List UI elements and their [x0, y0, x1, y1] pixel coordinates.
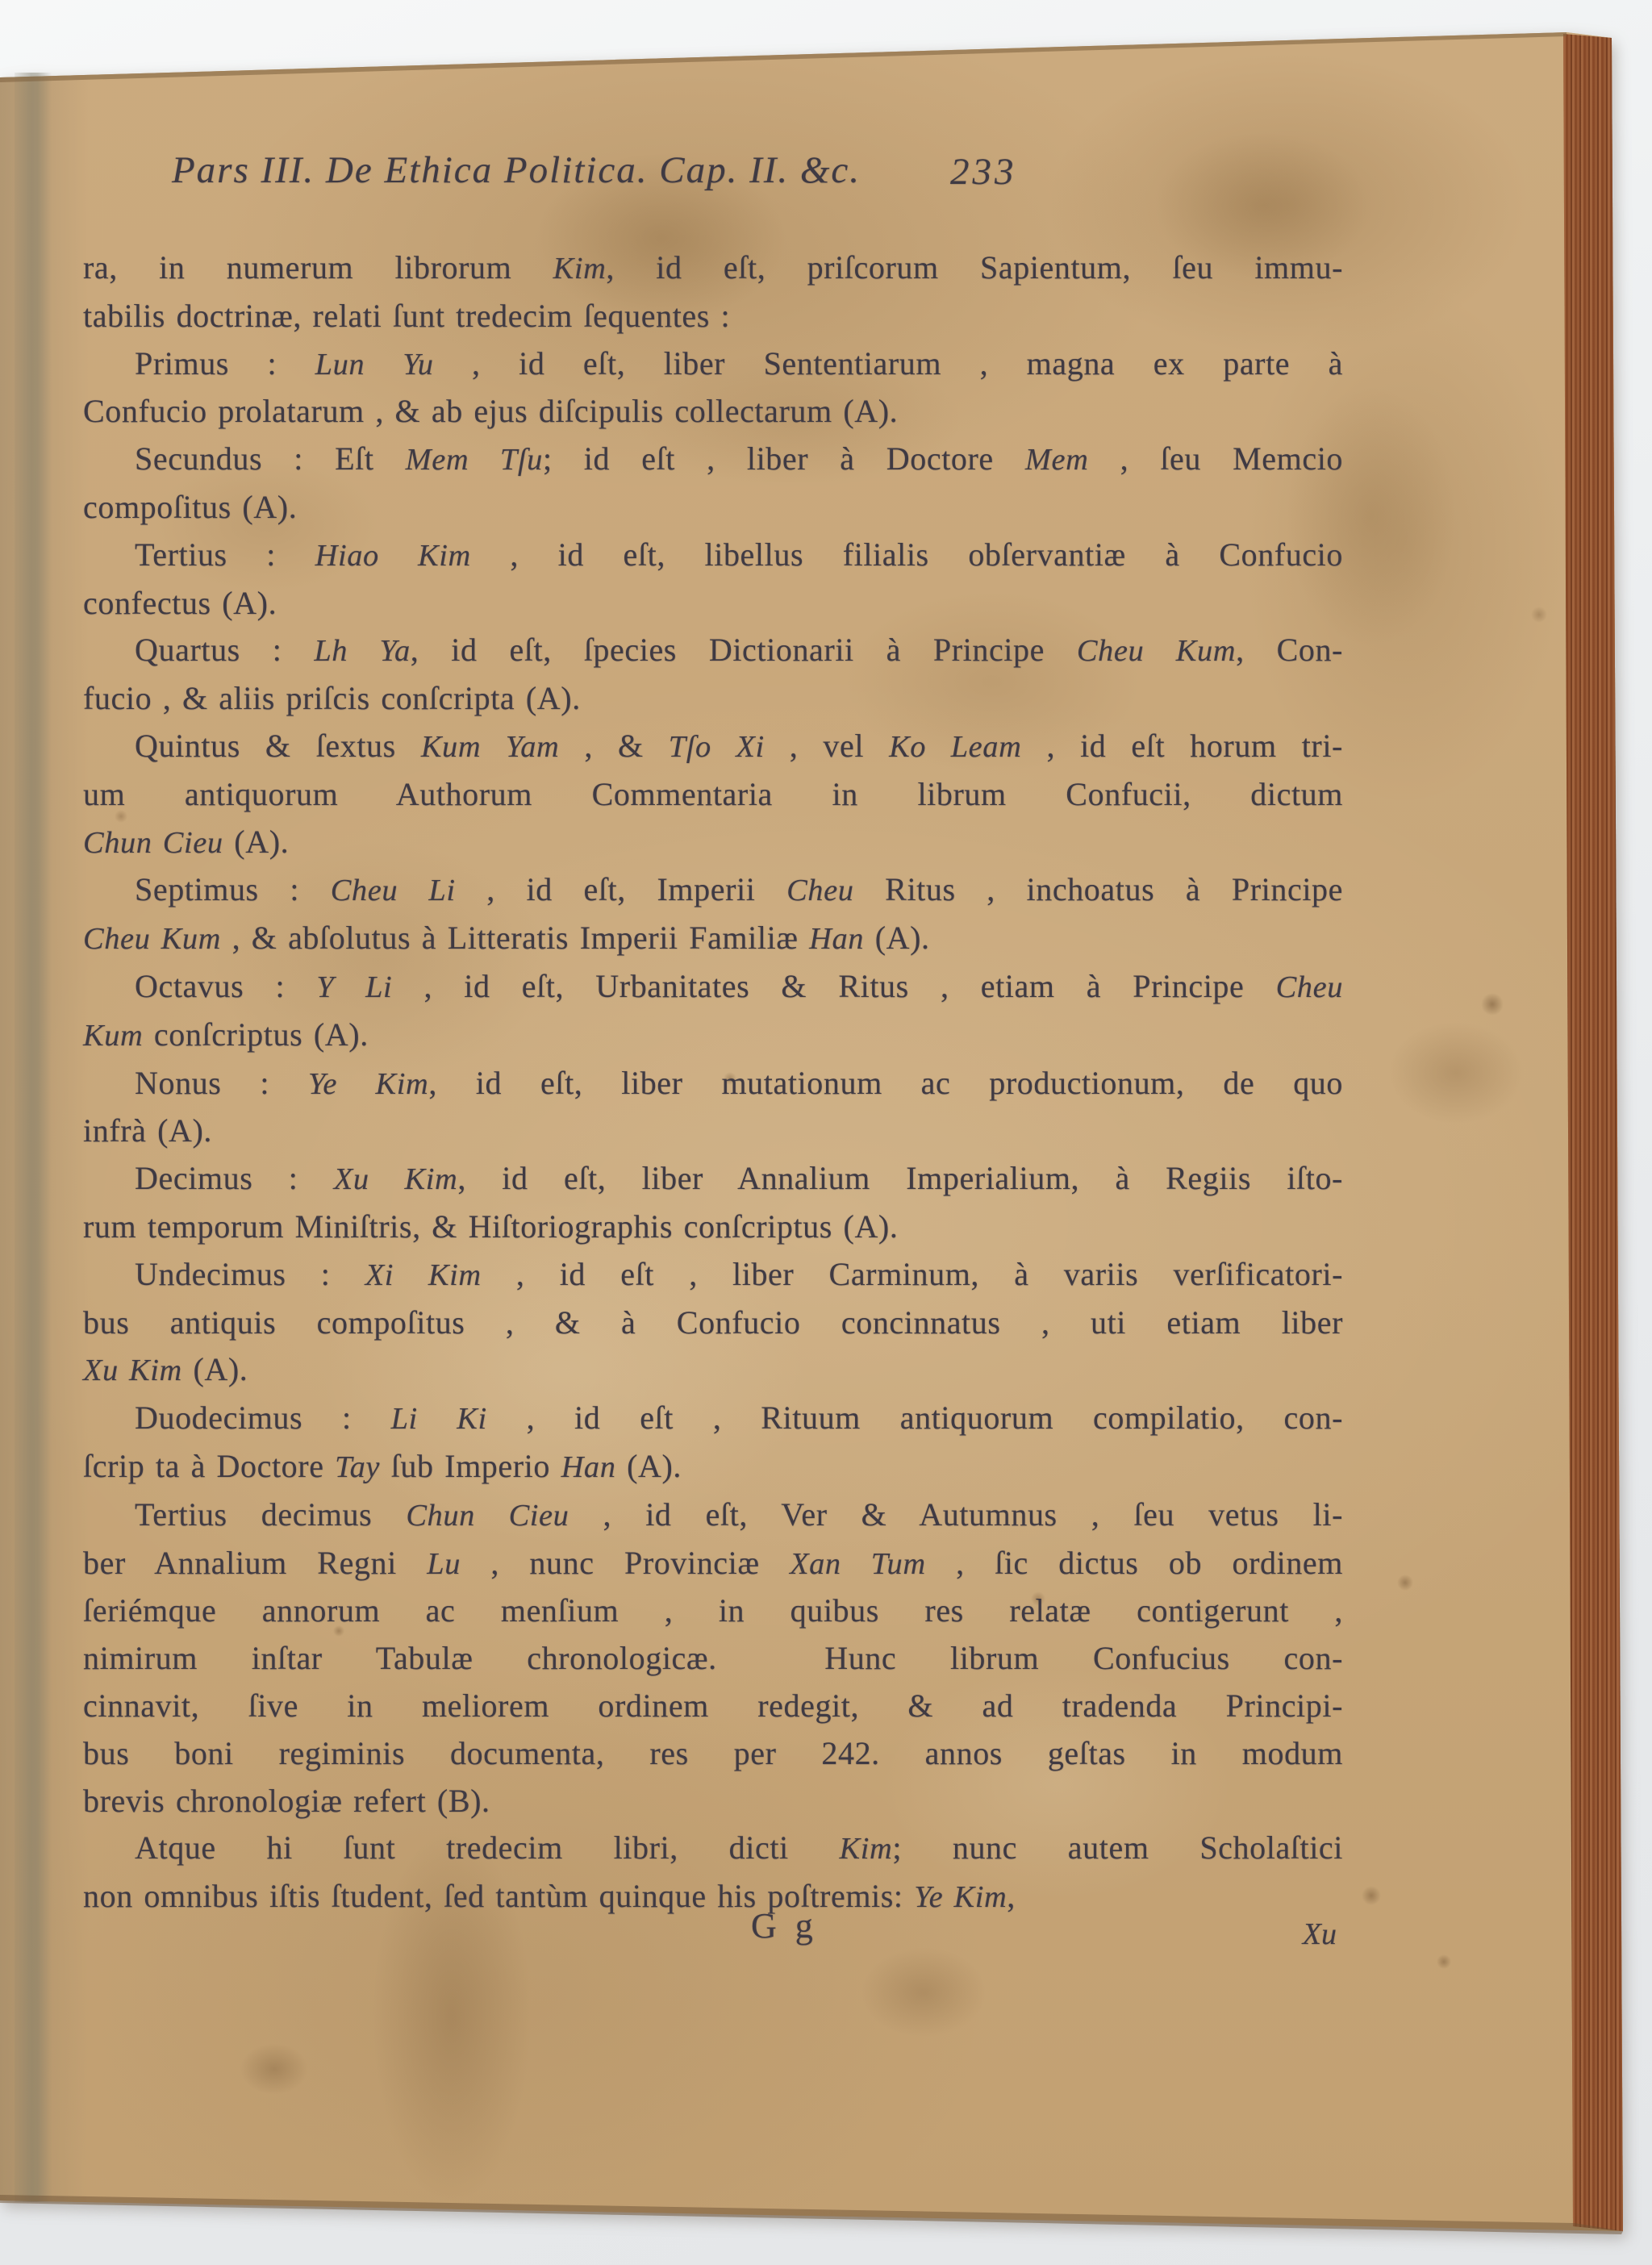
text-line: Atque hi ſunt tredecim libri, dicti Kim;… [83, 1825, 1343, 1873]
text-run: rum temporum Miniſtris, & Hiſtoriographi… [83, 1208, 898, 1245]
text-run: (A). [223, 824, 290, 860]
text-line: brevis chronologiæ refert (B). [83, 1778, 1343, 1825]
text-run-italic: Mem Tſu [406, 443, 543, 477]
text-run: fucio , & aliis priſcis conſcripta (A). [83, 680, 581, 716]
text-run: Atque hi ſunt tredecim libri, dicti [135, 1829, 840, 1866]
text-run: ſub Imperio [380, 1448, 561, 1484]
text-run: , vel [765, 728, 889, 764]
text-run-italic: Kim [840, 1832, 893, 1866]
text-line: Primus : Lun Yu , id eſt, liber Sententi… [83, 340, 1343, 389]
text-run: Septimus : [135, 871, 331, 907]
text-run: , id eſt , liber Carminum, à variis verſ… [482, 1256, 1343, 1292]
text-run: ; nunc autem Scholaſtici [892, 1829, 1343, 1866]
text-run: ber Annalium Regni [83, 1545, 427, 1581]
text-line: Duodecimus : Li Ki , id eſt , Rituum ant… [83, 1395, 1343, 1443]
text-line: cinnavit, ſive in meliorem ordinem redeg… [83, 1683, 1343, 1730]
text-run: ; id eſt , liber à Doctore [543, 440, 1025, 477]
page-number: 233 [950, 150, 1017, 194]
text-run: , Con- [1236, 632, 1343, 668]
text-line: Quartus : Lh Ya, id eſt, ſpecies Diction… [83, 627, 1343, 675]
text-run-italic: Kum [83, 1019, 143, 1053]
text-run: , nunc Provinciæ [461, 1545, 790, 1581]
text-run-italic: Xu Kim [334, 1162, 458, 1196]
text-line: nimirum inſtar Tabulæ chronologicæ. Hunc… [83, 1635, 1343, 1683]
text-run: Decimus : [135, 1160, 334, 1196]
text-run: Primus : [135, 345, 315, 382]
text-run: , & [559, 728, 668, 764]
text-line: Confucio prolatarum , & ab ejus diſcipul… [83, 388, 1343, 436]
text-run: nimirum inſtar Tabulæ chronologicæ. Hunc… [83, 1640, 1343, 1676]
text-run-italic: Lu [427, 1547, 461, 1581]
text-run: , id eſt horum tri- [1021, 728, 1343, 764]
book-page: Pars III. De Ethica Politica. Cap. II. &… [0, 0, 1652, 2265]
text-run: ra, in numerum librorum [83, 249, 553, 286]
page-body-text: ra, in numerum librorum Kim, id eſt, pri… [83, 244, 1343, 1921]
text-run-italic: Tſo Xi [669, 730, 765, 764]
text-run: confectus (A). [83, 585, 277, 621]
text-run: compoſitus (A). [83, 489, 297, 525]
text-run: , ſeu Memcio [1088, 440, 1343, 477]
text-run: , id eſt, libellus filialis obſervantiæ … [471, 536, 1343, 573]
text-run: Nonus : [135, 1065, 308, 1101]
text-run: , id eſt, liber Annalium Imperialium, à … [457, 1160, 1343, 1196]
text-line: Tertius decimus Chun Cieu , id eſt, Ver … [83, 1491, 1343, 1540]
text-run: Confucio prolatarum , & ab ejus diſcipul… [83, 393, 898, 429]
text-line: compoſitus (A). [83, 484, 1343, 532]
text-run-italic: Han [561, 1450, 616, 1484]
text-run: (A). [182, 1351, 248, 1387]
text-run-italic: Cheu Li [331, 874, 456, 907]
scanner-background: { "document": { "kind": "early-modern pr… [0, 0, 1652, 2265]
text-run-italic: Ye Kim [308, 1067, 428, 1101]
text-line: tabilis doctrinæ, relati ſunt tredecim ſ… [83, 293, 1343, 340]
text-run: tabilis doctrinæ, relati ſunt tredecim ſ… [83, 298, 730, 334]
text-run: infrà (A). [83, 1112, 212, 1149]
text-run-italic: Xi Kim [365, 1258, 482, 1292]
text-run: , id eſt, ſpecies Dictionarii à Principe [411, 632, 1077, 668]
text-line: ſeriémque annorum ac menſium , in quibus… [83, 1587, 1343, 1635]
text-line: confectus (A). [83, 580, 1343, 628]
running-header: Pars III. De Ethica Politica. Cap. II. &… [133, 148, 899, 192]
text-line: Decimus : Xu Kim, id eſt, liber Annalium… [83, 1155, 1343, 1203]
text-run-italic: Cheu Kum [1077, 634, 1236, 668]
text-run: , & abſolutus à Litteratis Imperii Famil… [221, 920, 809, 956]
text-run: , id eſt, liber Sententiarum , magna ex … [434, 345, 1343, 382]
text-run: , id eſt, priſcorum Sapientum, ſeu immu- [606, 249, 1343, 286]
text-run: , id eſt , Rituum antiquorum compilatio,… [487, 1399, 1343, 1436]
text-run-italic: Lun Yu [315, 348, 434, 382]
text-line: Nonus : Ye Kim, id eſt, liber mutationum… [83, 1060, 1343, 1108]
text-run-italic: Han [809, 922, 864, 956]
text-run: Octavus : [135, 968, 316, 1004]
text-run-italic: Chun Cieu [83, 826, 223, 860]
text-run: um antiquorum Authorum Commentaria in li… [83, 776, 1343, 812]
text-run-italic: Tay [335, 1450, 380, 1484]
text-run: ſcrip ta à Doctore [83, 1448, 335, 1484]
text-run: cinnavit, ſive in meliorem ordinem redeg… [83, 1687, 1343, 1724]
text-run: bus boni regiminis documenta, res per 24… [83, 1735, 1343, 1771]
page-footer: G g Xu [83, 1905, 1343, 1953]
text-run: Ritus , inchoatus à Principe [854, 871, 1343, 907]
text-run: , id eſt, liber mutationum ac production… [428, 1065, 1343, 1101]
text-run-italic: Lh Ya [314, 634, 410, 668]
text-run: Duodecimus : [135, 1399, 391, 1436]
text-run: (A). [616, 1448, 682, 1484]
text-line: Cheu Kum , & abſolutus à Litteratis Impe… [83, 915, 1343, 963]
text-run-italic: Xu Kim [83, 1354, 182, 1387]
text-run: brevis chronologiæ refert (B). [83, 1783, 490, 1819]
text-line: ſcrip ta à Doctore Tay ſub Imperio Han (… [83, 1443, 1343, 1491]
text-run-italic: Xan Tum [790, 1547, 926, 1581]
text-run: (A). [864, 920, 930, 956]
text-run-italic: Y Li [316, 970, 392, 1004]
text-run-italic: Cheu Kum [83, 922, 221, 956]
text-line: Octavus : Y Li , id eſt, Urbanitates & R… [83, 963, 1343, 1012]
text-line: Xu Kim (A). [83, 1346, 1343, 1395]
text-line: Kum conſcriptus (A). [83, 1012, 1343, 1060]
text-run: Quintus & ſextus [135, 728, 421, 764]
text-run: , id eſt, Imperii [456, 871, 786, 907]
text-run: Undecimus : [135, 1256, 365, 1292]
text-line: Tertius : Hiao Kim , id eſt, libellus fi… [83, 532, 1343, 580]
text-line: Quintus & ſextus Kum Yam , & Tſo Xi , ve… [83, 723, 1343, 771]
signature-mark: G g [751, 1905, 818, 1946]
text-run-italic: Mem [1025, 443, 1089, 477]
text-run-italic: Ko Leam [889, 730, 1021, 764]
text-line: um antiquorum Authorum Commentaria in li… [83, 771, 1343, 819]
text-line: Undecimus : Xi Kim , id eſt , liber Carm… [83, 1251, 1343, 1299]
text-line: ber Annalium Regni Lu , nunc Provinciæ X… [83, 1540, 1343, 1588]
text-line: bus boni regiminis documenta, res per 24… [83, 1730, 1343, 1778]
text-run-italic: Cheu [1276, 970, 1343, 1004]
text-line: Chun Cieu (A). [83, 819, 1343, 867]
text-line: bus antiquis compoſitus , & à Confucio c… [83, 1299, 1343, 1347]
text-run: , id eſt, Ver & Autumnus , ſeu vetus li- [569, 1496, 1343, 1533]
text-run: Secundus : Eſt [135, 440, 406, 477]
text-run-italic: Li Ki [391, 1402, 487, 1436]
catchword: Xu [1303, 1917, 1337, 1952]
text-run: Tertius : [135, 536, 315, 573]
text-run-italic: Hiao Kim [315, 539, 471, 573]
text-line: fucio , & aliis priſcis conſcripta (A). [83, 675, 1343, 723]
text-line: Septimus : Cheu Li , id eſt, Imperii Che… [83, 866, 1343, 915]
text-run-italic: Chun Cieu [406, 1499, 569, 1533]
text-run: Tertius decimus [135, 1496, 406, 1533]
text-run: bus antiquis compoſitus , & à Confucio c… [83, 1304, 1343, 1341]
text-run: , ſic dictus ob ordinem [926, 1545, 1343, 1581]
text-run-italic: Kim [553, 252, 607, 286]
text-line: ra, in numerum librorum Kim, id eſt, pri… [83, 244, 1343, 293]
text-run-italic: Cheu [786, 874, 853, 907]
text-run: conſcriptus (A). [143, 1016, 368, 1053]
text-line: Secundus : Eſt Mem Tſu; id eſt , liber à… [83, 436, 1343, 484]
text-line: infrà (A). [83, 1107, 1343, 1155]
text-run: , id eſt, Urbanitates & Ritus , etiam à … [392, 968, 1275, 1004]
text-run: Quartus : [135, 632, 314, 668]
text-run: ſeriémque annorum ac menſium , in quibus… [83, 1592, 1343, 1629]
text-line: rum temporum Miniſtris, & Hiſtoriographi… [83, 1203, 1343, 1251]
text-run-italic: Kum Yam [421, 730, 560, 764]
